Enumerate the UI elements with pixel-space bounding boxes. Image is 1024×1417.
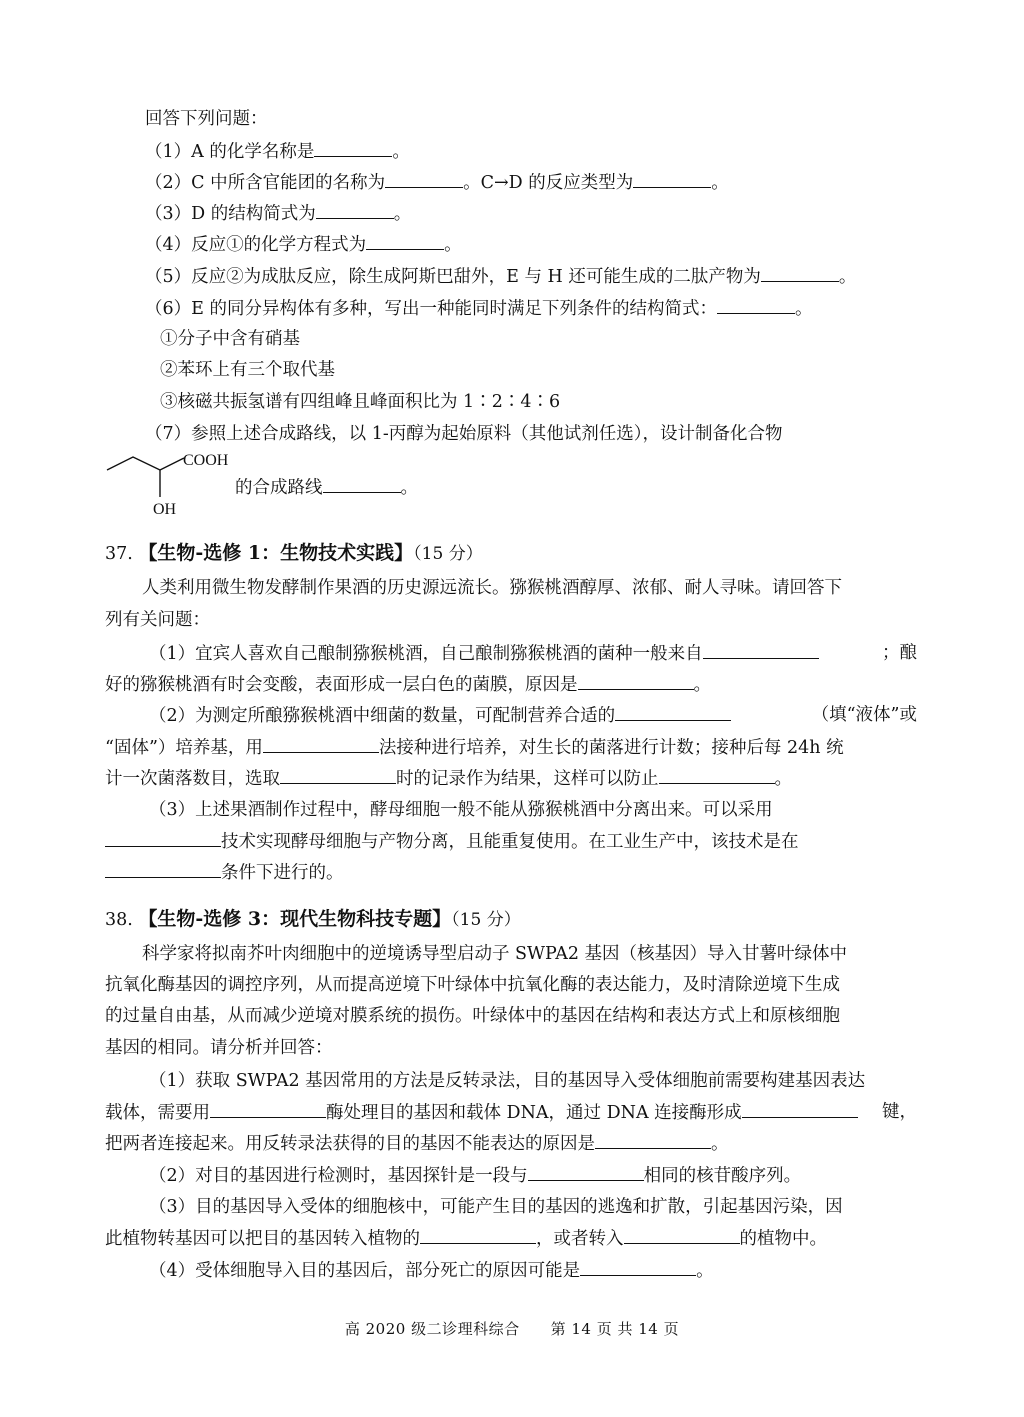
q37-intro: 列有关问题： <box>105 609 210 631</box>
answer-blank[interactable] <box>578 673 694 690</box>
chem-question-7: （7）参照上述合成路线，以 1-丙醇为起始原料（其他试剂任选），设计制备化合物 <box>145 423 783 445</box>
q38-part-3: （3）目的基因导入受体的细胞核中，可能产生目的基因的逃逸和扩散，引起基因污染，因 <box>149 1196 843 1218</box>
q37-part-1: （1）宜宾人喜欢自己酿制猕猴桃酒，自己酿制猕猴桃酒的菌种一般来自；酿 <box>105 642 917 665</box>
condition-item: ③核磁共振氢谱有四组峰且峰面积比为 1∶2∶4∶6 <box>160 391 560 413</box>
chem-question-7-tail: 的合成路线。 <box>235 476 418 499</box>
chem-question-2: （2）C 中所含官能团的名称为。C→D 的反应类型为。 <box>145 171 729 194</box>
answer-blank[interactable] <box>615 704 731 721</box>
q37-part-3: （3）上述果酒制作过程中，酵母细胞一般不能从猕猴桃酒中分离出来。可以采用 <box>149 799 773 821</box>
answer-blank[interactable] <box>717 297 795 314</box>
q38-part-1: 载体，需要用酶处理目的基因和载体 DNA，通过 DNA 连接酶形成键， <box>105 1101 917 1124</box>
chem-question-6: （6）E 的同分异构体有多种，写出一种能同时满足下列条件的结构简式：。 <box>145 297 812 320</box>
q38-intro: 基因的相同。请分析并回答： <box>105 1037 333 1059</box>
answer-blank[interactable] <box>263 736 379 753</box>
answer-blank[interactable] <box>385 171 463 188</box>
answer-blank[interactable] <box>280 767 396 784</box>
q37-title: 【生物-选修 1：生物技术实践】 <box>138 542 413 564</box>
q37-part-2: 计一次菌落数目，选取时的记录作为结果，这样可以防止。 <box>105 767 792 790</box>
answer-blank[interactable] <box>595 1132 711 1149</box>
answer-blank[interactable] <box>420 1227 536 1244</box>
chem-question-4: （4）反应①的化学方程式为。 <box>145 233 462 256</box>
q37-heading: 37. 【生物-选修 1：生物技术实践】（15 分） <box>105 542 483 565</box>
q38-part-4: （4）受体细胞导入目的基因后，部分死亡的原因可能是。 <box>149 1259 714 1282</box>
q37-part-2: （2）为测定所酿猕猴桃酒中细菌的数量，可配制营养合适的（填“液体”或 <box>105 704 917 727</box>
q38-part-2: （2）对目的基因进行检测时，基因探针是一段与相同的核苷酸序列。 <box>149 1164 801 1187</box>
hydroxy-acid-structure-icon: COOH OH <box>100 445 250 525</box>
answer-blank[interactable] <box>580 1259 696 1276</box>
answer-blank[interactable] <box>366 233 444 250</box>
q37-part-3: 条件下进行的。 <box>105 861 344 884</box>
q38-intro: 科学家将拟南芥叶肉细胞中的逆境诱导型启动子 SWPA2 基因（核基因）导入甘薯叶… <box>142 943 847 965</box>
q37-part-2: “固体”）培养基，用法接种进行培养，对生长的菌落进行计数；接种后每 24h 统 <box>105 736 844 759</box>
answer-blank[interactable] <box>105 861 221 878</box>
answer-blank[interactable] <box>314 140 392 157</box>
answer-blank[interactable] <box>742 1101 858 1118</box>
answer-blank[interactable] <box>703 642 819 659</box>
chem-question-5: （5）反应②为成肽反应，除生成阿斯巴甜外，E 与 H 还可能生成的二肽产物为。 <box>145 265 856 288</box>
answer-blank[interactable] <box>316 202 394 219</box>
answer-prompt: 回答下列问题： <box>145 108 268 130</box>
q38-part-1: （1）获取 SWPA2 基因常用的方法是反转录法，目的基因导入受体细胞前需要构建… <box>149 1070 865 1092</box>
page-footer: 高 2020 级二诊理科综合 第 14 页 共 14 页 <box>0 1318 1024 1339</box>
q38-part-3: 此植物转基因可以把目的基因转入植物的，或者转入的植物中。 <box>105 1227 827 1250</box>
chem-question-3: （3）D 的结构简式为。 <box>145 202 411 225</box>
answer-blank[interactable] <box>210 1101 326 1118</box>
svg-text:OH: OH <box>153 501 177 518</box>
answer-blank[interactable] <box>659 767 775 784</box>
answer-blank[interactable] <box>624 1227 740 1244</box>
answer-blank[interactable] <box>761 265 839 282</box>
svg-text:COOH: COOH <box>183 452 229 469</box>
answer-blank[interactable] <box>323 476 401 493</box>
condition-item: ②苯环上有三个取代基 <box>160 359 335 381</box>
q38-title: 【生物-选修 3：现代生物科技专题】 <box>138 908 451 930</box>
q37-part-3: 技术实现酵母细胞与产物分离，且能重复使用。在工业生产中，该技术是在 <box>105 830 799 853</box>
q38-part-1: 把两者连接起来。用反转录法获得的目的基因不能表达的原因是。 <box>105 1132 729 1155</box>
q37-intro: 人类利用微生物发酵制作果酒的历史源远流长。猕猴桃酒醇厚、浓郁、耐人寻味。请回答下 <box>142 577 842 599</box>
answer-blank[interactable] <box>633 171 711 188</box>
chem-question-1: （1）A 的化学名称是。 <box>145 140 410 163</box>
q38-intro: 的过量自由基，从而减少逆境对膜系统的损伤。叶绿体中的基因在结构和表达方式上和原核… <box>105 1005 840 1027</box>
q38-heading: 38. 【生物-选修 3：现代生物科技专题】（15 分） <box>105 908 521 931</box>
answer-blank[interactable] <box>105 830 221 847</box>
condition-item: ①分子中含有硝基 <box>160 328 300 350</box>
q38-intro: 抗氧化酶基因的调控序列，从而提高逆境下叶绿体中抗氧化酶的表达能力，及时清除逆境下… <box>105 974 840 996</box>
q37-part-1: 好的猕猴桃酒有时会变酸，表面形成一层白色的菌膜，原因是。 <box>105 673 711 696</box>
answer-blank[interactable] <box>528 1164 644 1181</box>
